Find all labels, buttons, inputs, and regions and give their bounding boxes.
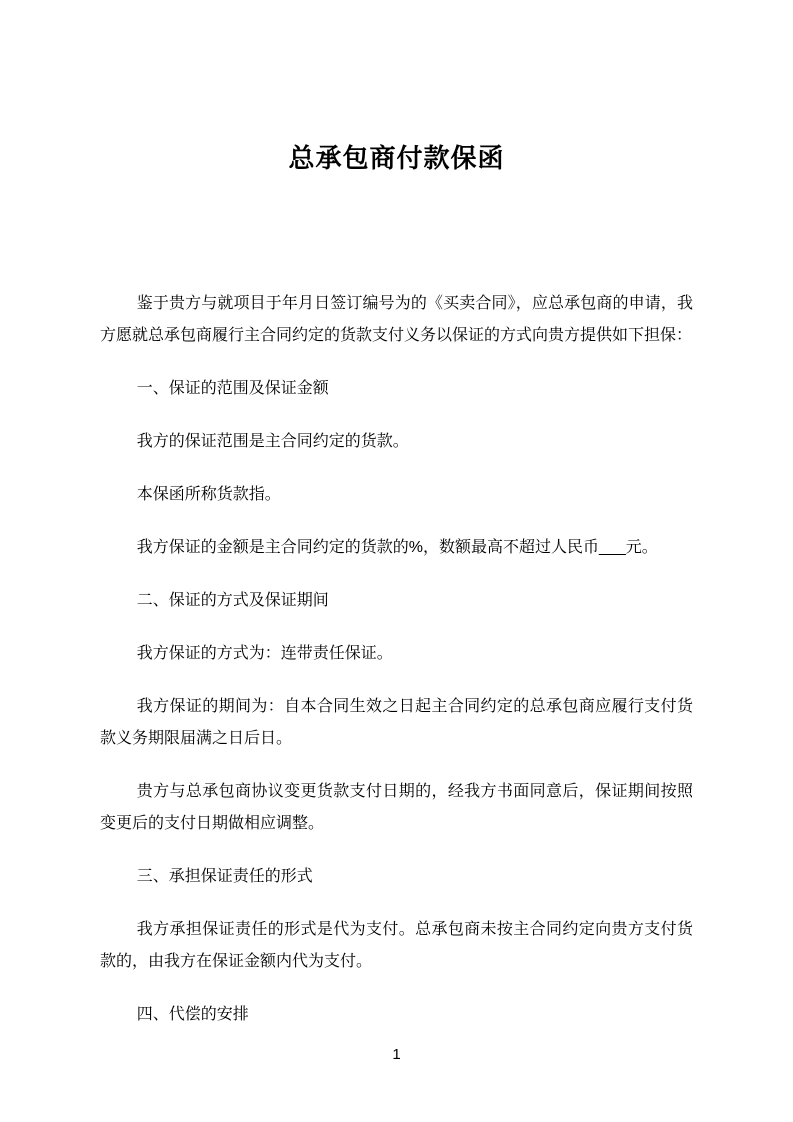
paragraph: 我方保证的金额是主合同约定的货款的%，数额最高不超过人民币___元。 xyxy=(100,532,693,564)
paragraph: 我方的保证范围是主合同约定的货款。 xyxy=(100,426,693,458)
document-page: 总承包商付款保函 鉴于贵方与就项目于年月日签订编号为的《买卖合同》，应总承包商的… xyxy=(0,0,793,1122)
paragraph: 本保函所称货款指。 xyxy=(100,479,693,511)
document-title: 总承包商付款保函 xyxy=(100,140,693,176)
paragraph: 我方保证的期间为：自本合同生效之日起主合同约定的总承包商应履行支付货款义务期限届… xyxy=(100,691,693,755)
paragraph: 我方承担保证责任的形式是代为支付。总承包商未按主合同约定向贵方支付货款的，由我方… xyxy=(100,914,693,978)
paragraph: 贵方与总承包商协议变更货款支付日期的，经我方书面同意后，保证期间按照变更后的支付… xyxy=(100,776,693,840)
section-heading-2: 二、保证的方式及保证期间 xyxy=(100,585,693,617)
page-number: 1 xyxy=(0,1045,793,1065)
section-heading-1: 一、保证的范围及保证金额 xyxy=(100,373,693,405)
section-heading-3: 三、承担保证责任的形式 xyxy=(100,861,693,893)
section-heading-4: 四、代偿的安排 xyxy=(100,999,693,1031)
paragraph: 我方保证的方式为：连带责任保证。 xyxy=(100,638,693,670)
paragraph-intro: 鉴于贵方与就项目于年月日签订编号为的《买卖合同》，应总承包商的申请，我方愿就总承… xyxy=(100,288,693,352)
